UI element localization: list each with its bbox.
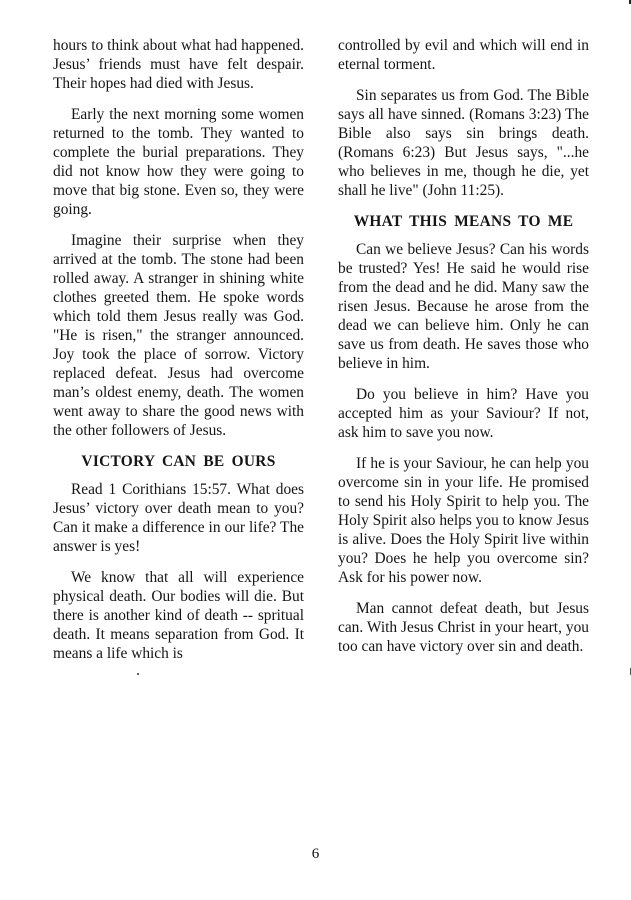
scan-speck [137,673,139,675]
document-page: hours to think about what had happened. … [0,0,631,900]
paragraph-controlled-by-evil: controlled by evil and which will end in… [338,36,589,74]
left-column: hours to think about what had happened. … [53,36,304,675]
paragraph-sin-separates: Sin separates us from God. The Bible say… [338,86,589,200]
paragraph-read-corinthians: Read 1 Corithians 15:57. What does Jesus… [53,480,304,556]
paragraph-can-we-believe: Can we believe Jesus? Can his words be t… [338,240,589,373]
right-column: controlled by evil and which will end in… [338,36,589,668]
paragraph-man-cannot-defeat: Man cannot defeat death, but Jesus can. … [338,599,589,656]
paragraph-imagine-surprise: Imagine their surprise when they arrived… [53,231,304,440]
paragraph-if-he-is-saviour: If he is your Saviour, he can help you o… [338,454,589,587]
paragraph-physical-death: We know that all will experience physica… [53,568,304,663]
paragraph-do-you-believe: Do you believe in him? Have you accepted… [338,385,589,442]
heading-what-this-means: WHAT THIS MEANS TO ME [338,212,589,231]
paragraph-early-next-morning: Early the next morning some women return… [53,105,304,219]
paragraph-hours-to-think: hours to think about what had happened. … [53,36,304,93]
page-number: 6 [0,846,631,863]
heading-victory-can-be-ours: VICTORY CAN BE OURS [53,452,304,471]
